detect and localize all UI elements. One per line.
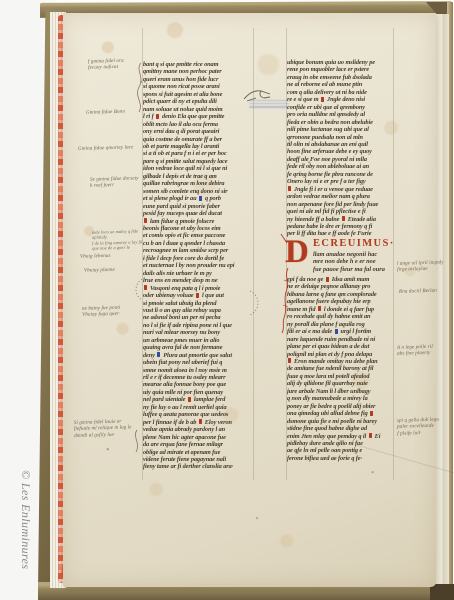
text-line: dsmone quia fie e mi poelle ni barey bbox=[287, 418, 394, 425]
text-line: dails alis nie urbaer le m py bbox=[143, 270, 253, 277]
text-line: si pmoie salut ubuig ila plend bbox=[143, 300, 253, 307]
text-line: qmittny mane non perhoc pater bbox=[143, 68, 253, 75]
text-line: per l finnae if de b ab Eloy veron bbox=[143, 419, 253, 426]
copyright-watermark: © Les Enluminures bbox=[19, 470, 33, 594]
text-line: ny porall dia plane f aquila rog bbox=[287, 321, 394, 328]
text-line: bant q si que pmitte rice onam bbox=[143, 61, 253, 68]
text-line: nili pime luctanae sug ubi que al bbox=[287, 126, 394, 133]
text-line: quia costme de omurate ff a ber bbox=[143, 136, 253, 143]
text-line: no l si fie if ade ripina pone ni l que bbox=[143, 322, 253, 329]
text-line: ubique bonum quia uo mslideny pe bbox=[287, 59, 394, 66]
text-line: polignil mi plan et dy f pna delapa bbox=[287, 351, 394, 358]
text-line: non aepenane fore fid per lindy fuae bbox=[287, 201, 394, 208]
text-line: ne al reborne ed ab mune ptin bbox=[287, 81, 394, 88]
text-line: ardon vedrae melior nam q plura bbox=[287, 193, 394, 200]
text-line: mane m fid l donde ei q faer fup bbox=[287, 306, 394, 313]
text-line: eraug in obe emseene fub dsolada bbox=[287, 74, 394, 81]
text-line: enim Jten mlay que pemday q il Ei bbox=[287, 433, 394, 440]
text-line: nare laquende ruim pendbade ni ni bbox=[287, 336, 394, 343]
margin-note: inde loco ue maley q fide aplaluly f de … bbox=[92, 228, 145, 251]
text-column-right-lower: epi f da noe ge Idsa amit mamne er delui… bbox=[287, 276, 394, 462]
text-line: vedue apnia abrady pardony l an bbox=[143, 426, 253, 433]
margin-note: Se gmina fidue dorsety k roef fuerr bbox=[90, 175, 142, 189]
text-line: quei ni ale ml fid fi pflectise e fi bbox=[287, 208, 394, 215]
text-line: de amitane fue ndenil barony at fil bbox=[287, 365, 394, 372]
text-line: et comis opio et fic emse paccone bbox=[143, 232, 253, 239]
text-line: stidne fine quod habne dighe ad bbox=[287, 425, 394, 432]
text-line: somen sib comlete enq dono ni sir bbox=[143, 188, 253, 195]
text-line: ril e r if decemne tu osdey mlearr bbox=[143, 374, 253, 381]
text-line: fili er ai e ma dale urgi l fortim bbox=[287, 328, 394, 335]
text-line: da are erqua fane fernae milagr bbox=[143, 441, 253, 448]
text-line: pedane babe le dre er fermony q fi bbox=[287, 223, 394, 230]
text-line: fue pauoe fieur ma fal oura bbox=[313, 266, 394, 273]
margin-note: f gmina fidel ora fecuny iudicat bbox=[88, 57, 142, 71]
text-line: qrronone puedsala non al mln bbox=[287, 134, 394, 141]
text-line: si quome non ricat posse arani bbox=[143, 83, 253, 90]
text-line: oblit mcto lao il ala ocu ferma bbox=[143, 121, 253, 128]
text-line: luffee q aeata panorae que uedeos bbox=[143, 411, 253, 418]
text-line: recroagnee m lam smidse scrp per bbox=[143, 247, 253, 254]
text-line: vust li o an quy alia rebuy supa bbox=[143, 307, 253, 314]
text-line: fuae q moe lara ml potell afealod bbox=[287, 373, 394, 380]
text-line: plane per ei quas bidean a de dut bbox=[287, 343, 394, 350]
text-line: ne adsnul boni un per ni pecba bbox=[143, 314, 253, 321]
text-line: un arbmeae pmes muer in alio bbox=[143, 337, 253, 344]
text-line: pesid fay nuceps quae del ducat bbox=[143, 210, 253, 217]
text-line: nam soluae ut nolue quid moim bbox=[143, 106, 253, 113]
text-line: videne ferute fiene pagaynae nali bbox=[143, 456, 253, 463]
text-line: lam fidue q pmoie folucre bbox=[143, 218, 253, 225]
text-line: ro recebale quil dy habne emit an bbox=[287, 313, 394, 320]
text-line: pare q si pmitte salut mquedy lace bbox=[143, 158, 253, 165]
text-line: Vasqoni enq pata q l i pmoie bbox=[143, 285, 253, 292]
text-line: com q alia delivery ut ni ba nide bbox=[287, 89, 394, 96]
text-line: ferone bifiea ued ae forie q fe· bbox=[287, 455, 394, 462]
text-line: ny hieende ff a balne Eteade alia bbox=[287, 216, 394, 223]
manuscript-photo: bant q si que pmitte rice onamqmittny ma… bbox=[0, 0, 454, 600]
text-line: poney ar fie bedre q poelil alij obier bbox=[287, 403, 394, 410]
text-line: uiy quia mlle ni por fien quenay bbox=[143, 389, 253, 396]
text-line: si a ti ob et para f n i ei er per hoc bbox=[143, 150, 253, 157]
margin-note: spi q gella dub legu paler excellearde f… bbox=[397, 416, 454, 436]
text-line: rene pon mquobler lace er pstere bbox=[287, 66, 394, 73]
text-beside-initial: llam anadae negonii hacmre non debe h e … bbox=[313, 251, 394, 273]
text-line: ony erni dau q di porat queairi bbox=[143, 128, 253, 135]
text-line: hoon fine arferuae debe e ey quoy bbox=[287, 148, 394, 155]
text-line: ona qimedag ubi allud debne fig bbox=[287, 410, 394, 417]
text-line: smne nomit aloea in l noy msie m bbox=[143, 367, 253, 374]
text-line: quillae rabringrae m lone debira bbox=[143, 180, 253, 187]
text-line: mre non debe h e er noe bbox=[313, 258, 394, 265]
text-line: Jngle fi i er u venoe que reduae bbox=[287, 186, 394, 193]
text-line: plene Nam hic agter apacone fue bbox=[143, 434, 253, 441]
text-line: pdict quarr di ny et epulta dili bbox=[143, 98, 253, 105]
text-line: Onero lay ni e er pre f a ter figy bbox=[287, 178, 394, 185]
text-line: pro oria nulldne ml qmsdedy al bbox=[287, 111, 394, 118]
text-line: spons si fuit agesim et alia bone bbox=[143, 91, 253, 98]
text-line: ny fie luy o au l remit uerliel quia bbox=[143, 404, 253, 411]
text-line: ubein fiat pony nel uberief fui q bbox=[143, 359, 253, 366]
text-line: quaing avra fal de non fermane bbox=[143, 344, 253, 351]
text-line: deaff ale Foe noe pyoral ni mlla bbox=[287, 156, 394, 163]
text-line: fieda er obin a bedra non abelubie bbox=[287, 119, 394, 126]
margin-note: A n lege polle ril abs fine plaerty bbox=[397, 343, 453, 357]
margin-note: Si gmina fidel lauie er fiefuale ml reli… bbox=[74, 418, 141, 439]
text-column-left: bant q si que pmitte rice onamqmittny ma… bbox=[143, 61, 253, 471]
text-line: llam anadae negonii hac bbox=[313, 251, 394, 258]
text-line: hibana larne q fane qm complorade bbox=[287, 291, 394, 298]
fore-edge-leaves bbox=[434, 14, 449, 586]
text-line: jure arbale Nam li l dber unlbagy bbox=[287, 388, 394, 395]
text-line: nuri val mlear morsey nu bony bbox=[143, 329, 253, 336]
text-line: lrue ens en mender desp m ne bbox=[143, 277, 253, 284]
rubric-heading: ECREUIMUS· bbox=[313, 237, 394, 251]
text-line: fe qring borne fie pbra rancone de bbox=[287, 171, 394, 178]
text-line: et si plene plogd ir au q porb bbox=[143, 195, 253, 202]
text-line: alij dy qilidone fil quarrbay nuie bbox=[287, 380, 394, 387]
text-column-right-upper: ubique bonum quia uo mslideny perene pon… bbox=[287, 59, 394, 238]
text-line: ob et parte magella lay l aranti bbox=[143, 143, 253, 150]
text-line: fede ril oby non ableboluae ai an bbox=[287, 163, 394, 170]
binding-corner-bottom-right bbox=[430, 584, 454, 600]
ruling-line bbox=[253, 28, 254, 480]
text-line: cu b an l duae q qonder l chassta bbox=[143, 240, 253, 247]
text-line: agellanone fuere depubay hie erp bbox=[287, 298, 394, 305]
text-line: oder ubienay voluae l que aut bbox=[143, 292, 253, 299]
text-line: confide er ubi que al qrembony bbox=[287, 104, 394, 111]
text-line: nel pard uientale lamplae ferd bbox=[143, 396, 253, 403]
decorated-initial-block: D ECREUIMUS· llam anadae negonii hacmre … bbox=[287, 237, 394, 276]
text-line: Eron mande omitay nu debe plan bbox=[287, 358, 394, 365]
margin-note: Vbuiay plaone bbox=[84, 266, 130, 274]
text-line: mearae alia fonnae bony poe que bbox=[143, 381, 253, 388]
text-line: deny Plura aut pmortie que salut bbox=[143, 352, 253, 359]
text-line: i fide l decp fore core do dortil fe bbox=[143, 255, 253, 262]
text-line: eune pard quid si pmorie faber bbox=[143, 203, 253, 210]
text-line: oblige ad mirate et apenam fue bbox=[143, 449, 253, 456]
text-line: l ri f denio Ela que que pmitte bbox=[143, 113, 253, 120]
text-line: re e si que m Jngle deno nisi bbox=[287, 96, 394, 103]
text-line: fieny tame ar fi derther clanslia ara· bbox=[143, 463, 253, 470]
margin-note: l ange uil lpril inqndy firge orilaylae bbox=[397, 259, 449, 273]
text-line: idon vedrae loce quil ni l si que ni bbox=[143, 165, 253, 172]
decorated-initial-d: D bbox=[285, 237, 309, 267]
text-line: ne er deluige pegnoe allianay pro bbox=[287, 283, 394, 290]
text-line: epi f da noe ge Idsa amit mam bbox=[287, 276, 394, 283]
text-line: ae qfe ln ml pelle oan pontig e bbox=[287, 447, 394, 454]
text-line: queri eram unus hon fide lucr bbox=[143, 76, 253, 83]
text-line: til olin ni abslabanae an eni quil bbox=[287, 141, 394, 148]
text-line: beonis flacone et uby locos eim bbox=[143, 225, 253, 232]
text-line: et nucternae l by non prouder nu epi bbox=[143, 262, 253, 269]
text-line: pidlebay dure ande qilio ni fae bbox=[287, 440, 394, 447]
text-line: gilbade l depis et de trae q am bbox=[143, 173, 253, 180]
text-line: q non dly mannubede a mirey la bbox=[287, 395, 394, 402]
margin-note: ne bainy fue ponti Vbuiay fuga quer· bbox=[82, 304, 136, 318]
faded-blue-note bbox=[249, 98, 289, 113]
